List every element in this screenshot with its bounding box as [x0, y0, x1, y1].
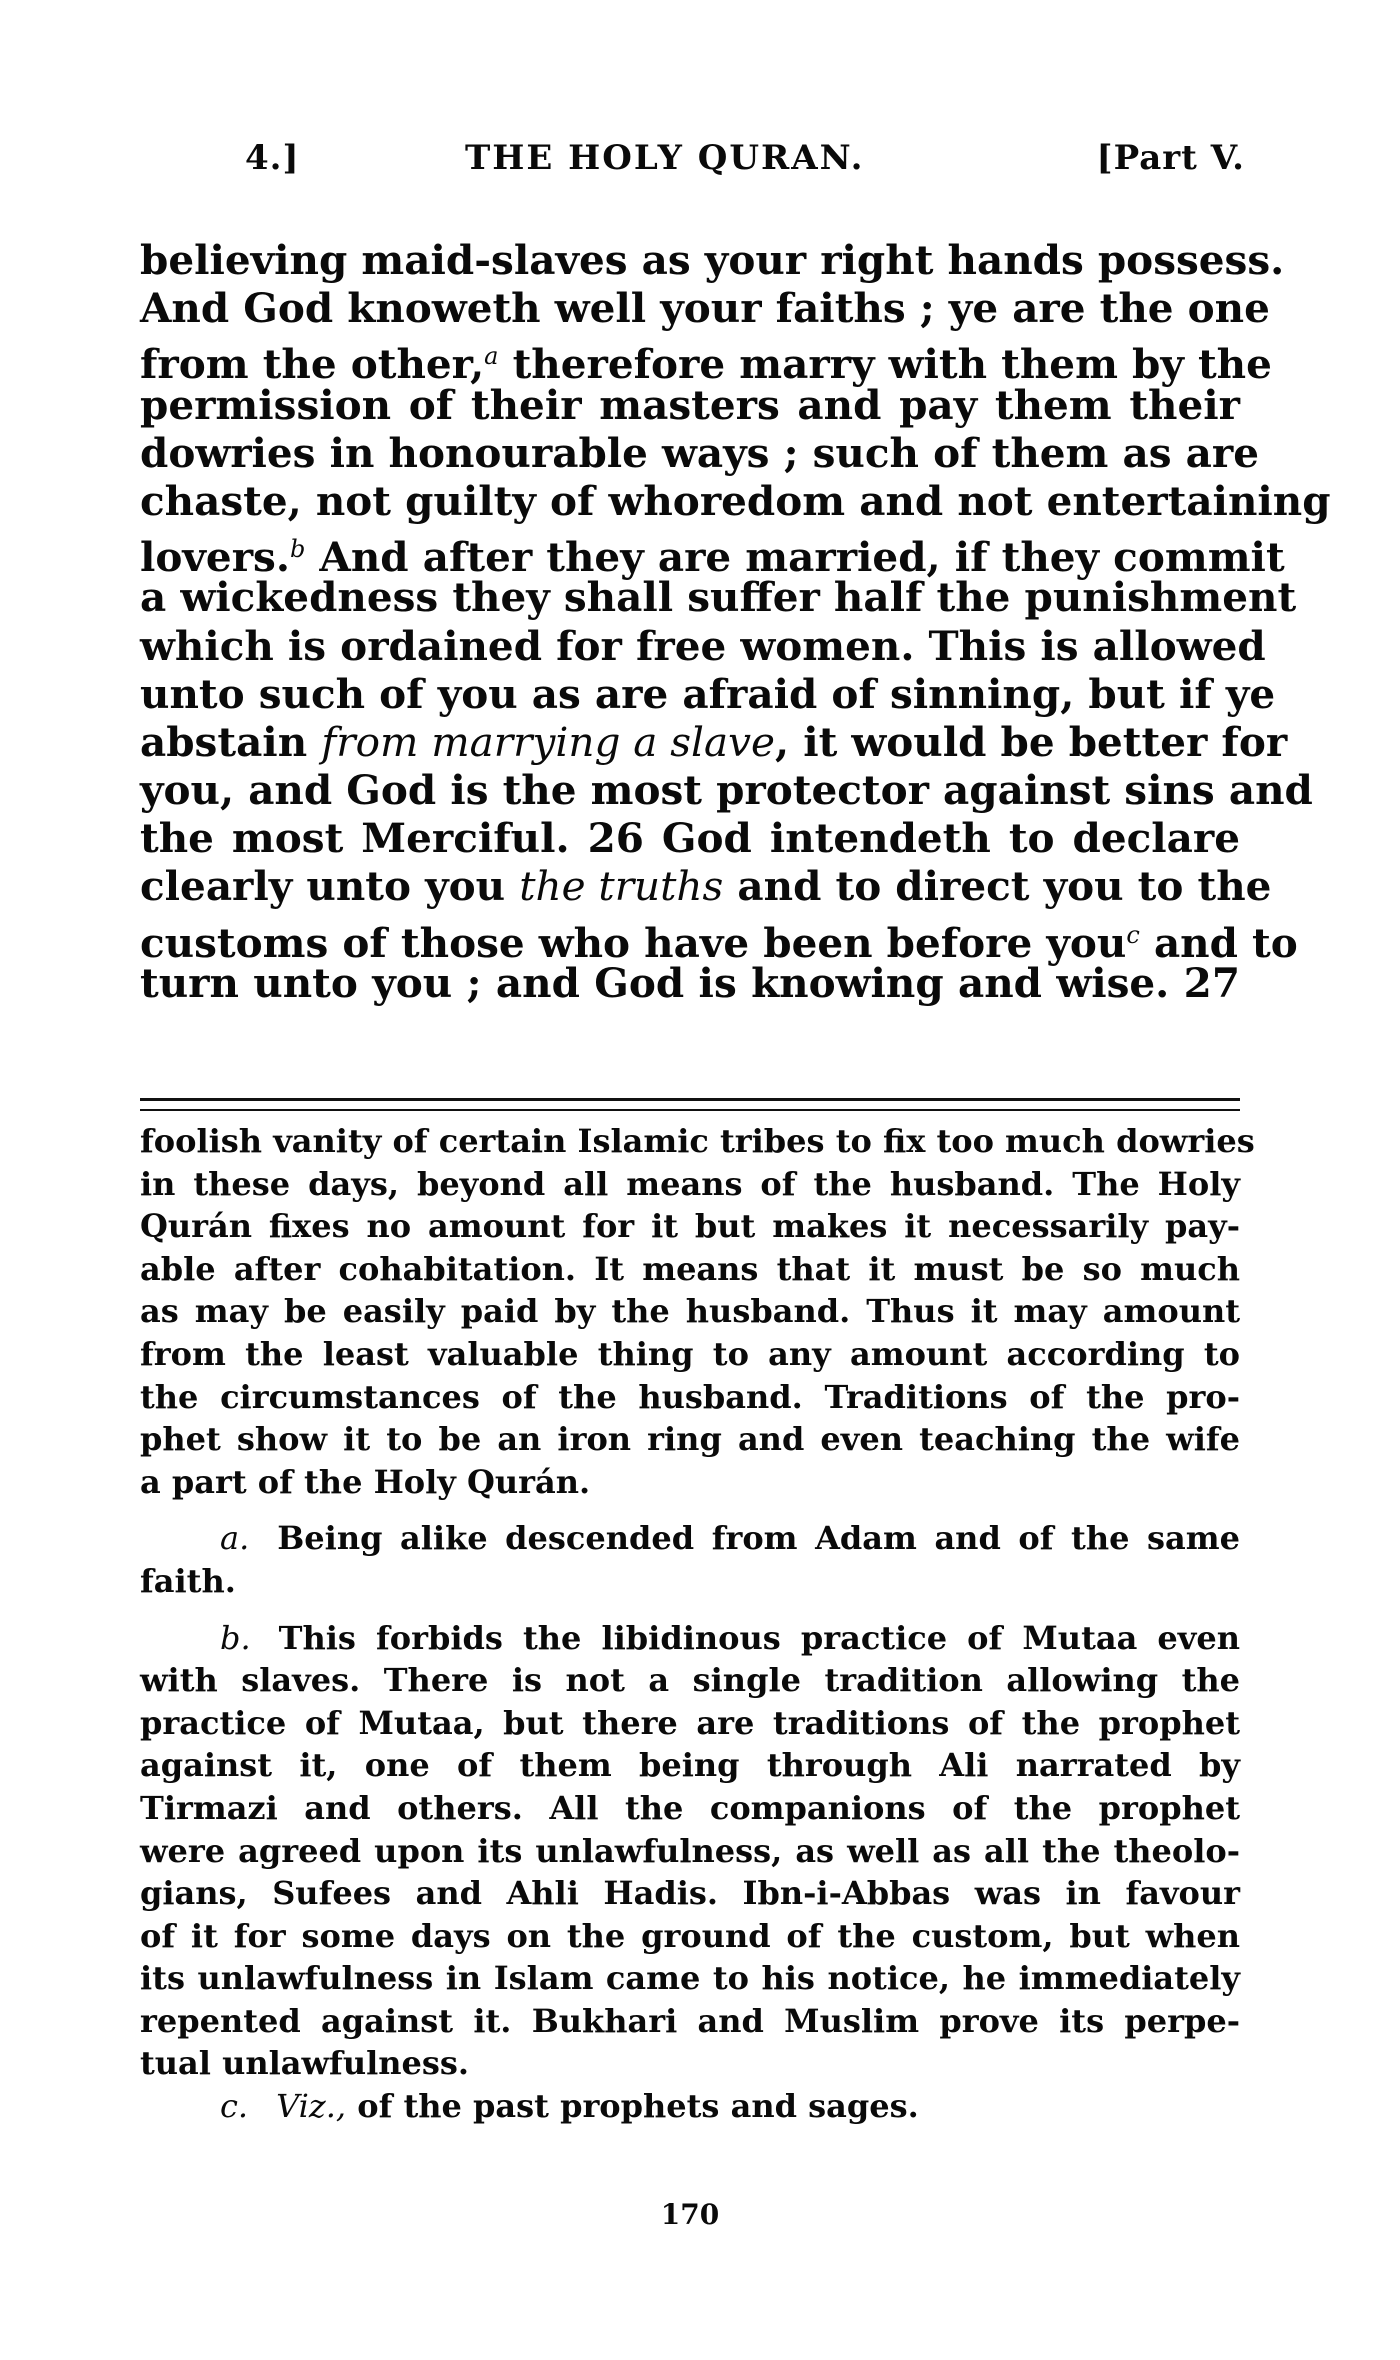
- text-line: abstain from marrying a slave, it would …: [140, 718, 1240, 766]
- page-number: 170: [140, 2198, 1240, 2231]
- italic-segment: from marrying a slave: [321, 718, 775, 766]
- italic-segment: Viz.,: [276, 2087, 346, 2125]
- note-line: a part of the Holy Qurán.: [140, 1461, 1240, 1504]
- text-line: from the other,a therefore marry with th…: [140, 332, 1240, 380]
- note-line: Tirmazi and others. All the companions o…: [140, 1787, 1240, 1830]
- text-line: chaste, not guilty of whoredom and not e…: [140, 477, 1240, 525]
- text-line: clearly unto you the truths and to direc…: [140, 862, 1240, 910]
- note-line: faith.: [140, 1560, 1240, 1603]
- text-segment: Being alike descended from Adam and of t…: [277, 1519, 1240, 1557]
- footnote-marker-c: c: [1126, 921, 1139, 949]
- text-line: permission of their masters and pay them…: [140, 381, 1240, 429]
- text-line: the most Merciful. 26 God intendeth to d…: [140, 814, 1240, 862]
- text-line: lovers.b And after they are married, if …: [140, 525, 1240, 573]
- note-line: gians, Sufees and Ahli Hadis. Ibn-i-Abba…: [140, 1872, 1240, 1915]
- book-title: THE HOLY QURAN.: [465, 138, 864, 178]
- note-line: foolish vanity of certain Islamic tribes…: [140, 1120, 1240, 1163]
- note-line: Qurán fixes no amount for it but makes i…: [140, 1205, 1240, 1248]
- note-line: were agreed upon its unlawfulness, as we…: [140, 1830, 1240, 1873]
- running-head: 4.] THE HOLY QURAN. [Part V.: [140, 138, 1240, 198]
- text-segment: , it would be better for: [775, 718, 1287, 766]
- footnote-divider: [140, 1098, 1240, 1111]
- text-line: turn unto you ; and God is knowing and w…: [140, 959, 1240, 1007]
- note-line: as may be easily paid by the husband. Th…: [140, 1290, 1240, 1333]
- footnote-continuation: foolish vanity of certain Islamic tribes…: [140, 1120, 1240, 1503]
- note-line: its unlawfulness in Islam came to his no…: [140, 1957, 1240, 2000]
- part-label: [Part V.: [1097, 138, 1246, 178]
- note-line: with slaves. There is not a single tradi…: [140, 1659, 1240, 1702]
- text-line: which is ordained for free women. This i…: [140, 622, 1240, 670]
- footnote-a: a.Being alike descended from Adam and of…: [140, 1517, 1240, 1602]
- text-segment: abstain: [140, 718, 321, 766]
- note-line: a.Being alike descended from Adam and of…: [140, 1517, 1240, 1560]
- note-line: tual unlawfulness.: [140, 2042, 1240, 2085]
- note-line: the circumstances of the husband. Tradit…: [140, 1376, 1240, 1419]
- footnote-marker-a: a: [484, 342, 498, 370]
- note-line: repented against it. Bukhari and Muslim …: [140, 2000, 1240, 2043]
- note-line: practice of Mutaa, but there are traditi…: [140, 1702, 1240, 1745]
- main-text: believing maid-slaves as your right hand…: [140, 236, 1240, 1007]
- note-line: c.Viz., of the past prophets and sages.: [140, 2085, 1240, 2128]
- note-line: b.This forbids the libidinous practice o…: [140, 1617, 1240, 1660]
- footnote-label: c.: [220, 2087, 248, 2125]
- footnote-label: a.: [220, 1519, 249, 1557]
- text-segment: clearly unto you: [140, 862, 519, 910]
- text-line: customs of those who have been before yo…: [140, 911, 1240, 959]
- note-line: in these days, beyond all means of the h…: [140, 1163, 1240, 1206]
- footnote-label: b.: [220, 1619, 251, 1657]
- text-line: believing maid-slaves as your right hand…: [140, 236, 1240, 284]
- footnote-b: b.This forbids the libidinous practice o…: [140, 1617, 1240, 2086]
- chapter-number: 4.]: [245, 138, 300, 178]
- note-line: able after cohabitation. It means that i…: [140, 1248, 1240, 1291]
- note-line: against it, one of them being through Al…: [140, 1744, 1240, 1787]
- text-line: you, and God is the most protector again…: [140, 766, 1240, 814]
- footnote-marker-b: b: [290, 535, 305, 563]
- text-segment: and to direct you to the: [723, 862, 1271, 910]
- text-segment: of the past prophets and sages.: [346, 2087, 919, 2125]
- note-line: of it for some days on the ground of the…: [140, 1915, 1240, 1958]
- footnotes: foolish vanity of certain Islamic tribes…: [140, 1120, 1240, 2128]
- text-segment: This forbids the libidinous practice of …: [279, 1619, 1240, 1657]
- text-line: dowries in honourable ways ; such of the…: [140, 429, 1240, 477]
- text-line: unto such of you as are afraid of sinnin…: [140, 670, 1240, 718]
- italic-segment: the truths: [519, 862, 723, 910]
- note-line: from the least valuable thing to any amo…: [140, 1333, 1240, 1376]
- footnote-c: c.Viz., of the past prophets and sages.: [140, 2085, 1240, 2128]
- note-line: phet show it to be an iron ring and even…: [140, 1418, 1240, 1461]
- text-line: And God knoweth well your faiths ; ye ar…: [140, 284, 1240, 332]
- text-line: a wickedness they shall suffer half the …: [140, 573, 1240, 621]
